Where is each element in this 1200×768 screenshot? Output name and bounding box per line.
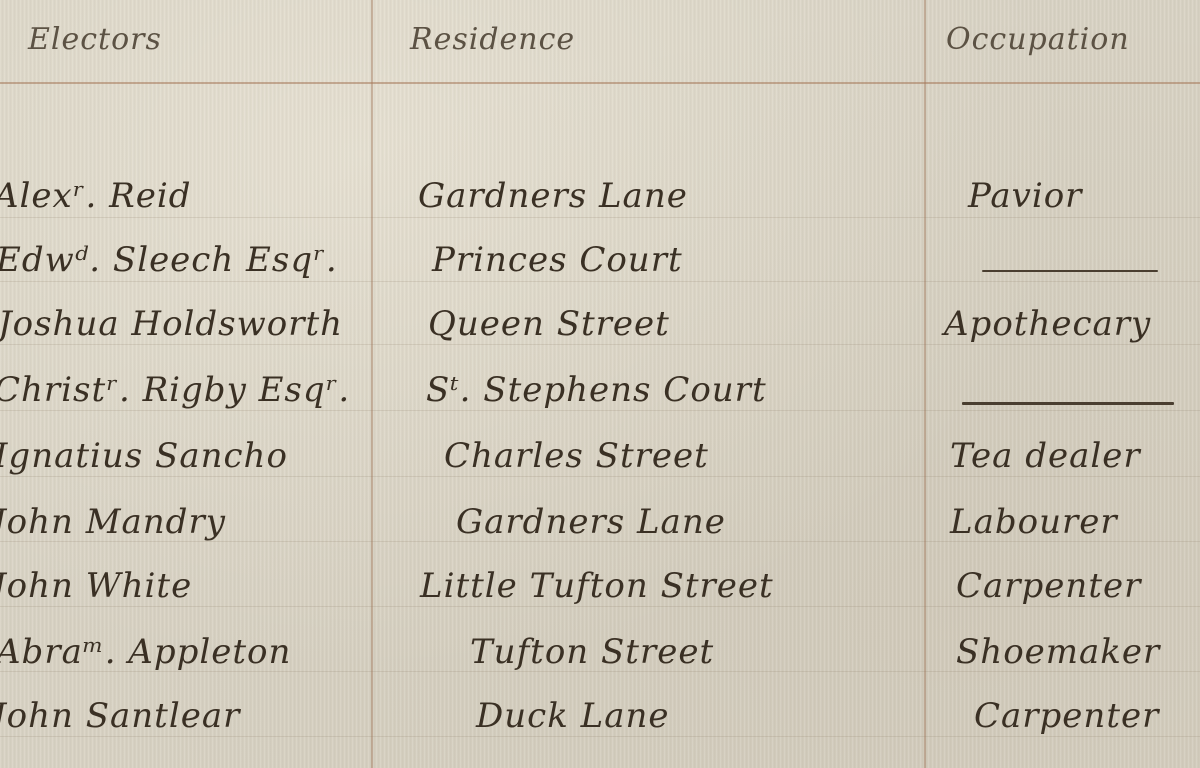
elector-name: Ignatius Sancho <box>0 436 288 476</box>
row-rule <box>0 217 1200 218</box>
row-rule <box>0 281 1200 282</box>
header-rule <box>0 82 1200 84</box>
elector-name: John Mandry <box>0 502 226 542</box>
residence: Charles Street <box>444 436 709 476</box>
header-occupation: Occupation <box>946 22 1130 57</box>
occupation-blank-dash <box>982 270 1158 272</box>
residence: Gardners Lane <box>456 502 726 542</box>
residence: Little Tufton Street <box>420 566 774 606</box>
elector-name: John Santlear <box>0 696 240 736</box>
column-rule-residence <box>371 0 373 768</box>
row-rule <box>0 344 1200 345</box>
occupation-blank-dash <box>962 402 1174 405</box>
header-electors: Electors <box>28 22 162 57</box>
occupation: Carpenter <box>974 696 1159 736</box>
occupation: Apothecary <box>944 304 1151 344</box>
residence: Princes Court <box>432 240 683 280</box>
row-rule <box>0 736 1200 737</box>
row-rule <box>0 606 1200 607</box>
elector-name: Edwᵈ. Sleech Esqʳ. <box>0 240 338 280</box>
residence: Duck Lane <box>476 696 669 736</box>
elector-name: Alexʳ. Reid <box>0 176 192 216</box>
occupation: Shoemaker <box>956 632 1160 672</box>
row-rule <box>0 476 1200 477</box>
header-residence: Residence <box>410 22 575 57</box>
occupation: Tea dealer <box>950 436 1141 476</box>
occupation: Carpenter <box>956 566 1141 606</box>
elector-name: Christʳ. Rigby Esqʳ. <box>0 370 350 410</box>
residence: Tufton Street <box>470 632 714 672</box>
residence: Gardners Lane <box>418 176 688 216</box>
occupation: Pavior <box>968 176 1082 216</box>
elector-name: Joshua Holdsworth <box>0 304 343 344</box>
row-rule <box>0 410 1200 411</box>
residence: Queen Street <box>428 304 670 344</box>
elector-name: John White <box>0 566 192 606</box>
occupation: Labourer <box>950 502 1118 542</box>
manuscript-page: Electors Residence Occupation Alexʳ. Rei… <box>0 0 1200 768</box>
elector-name: Abraᵐ. Appleton <box>0 632 291 672</box>
residence: Sᵗ. Stephens Court <box>426 370 767 410</box>
column-rule-occupation <box>924 0 926 768</box>
